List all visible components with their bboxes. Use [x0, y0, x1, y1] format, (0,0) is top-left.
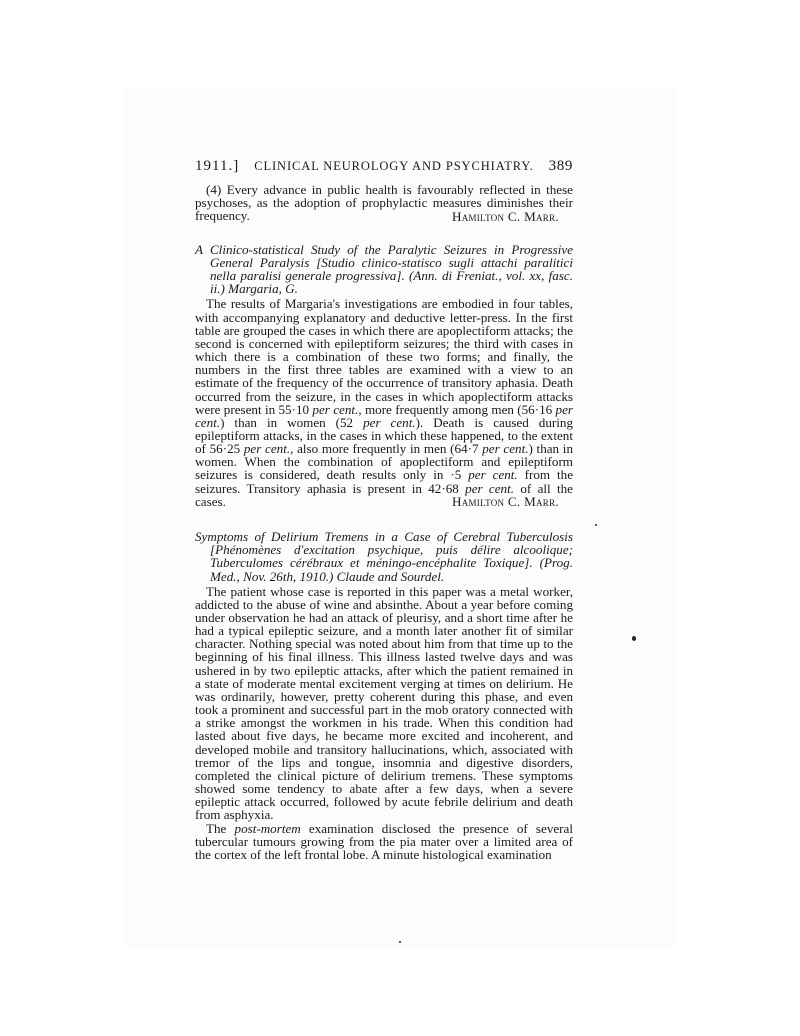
article2-paragraph2: The post-mortem examination disclosed th…: [195, 822, 573, 861]
running-head: 1911.] CLINICAL NEUROLOGY AND PSYCHIATRY…: [195, 160, 573, 173]
preceding-item-signature: Hamilton C. Marr.: [195, 210, 573, 223]
article2-paragraph1: The patient whose case is reported in th…: [195, 585, 573, 822]
scan-speck: [399, 941, 401, 943]
scan-speck: [632, 636, 636, 641]
article1-signature: Hamilton C. Marr.: [195, 495, 573, 508]
scan-speck: [595, 524, 597, 526]
article2-title: Symptoms of Delirium Tremens in a Case o…: [195, 530, 573, 583]
article1-body: The results of Margaria's investigations…: [195, 297, 573, 508]
page-content: 1911.] CLINICAL NEUROLOGY AND PSYCHIATRY…: [195, 160, 573, 861]
running-head-year: 1911.]: [195, 160, 239, 173]
running-head-title: CLINICAL NEUROLOGY AND PSYCHIATRY.: [254, 160, 533, 173]
article1-title: A Clinico-statistical Study of the Paral…: [195, 243, 573, 296]
page-number: 389: [549, 160, 573, 173]
